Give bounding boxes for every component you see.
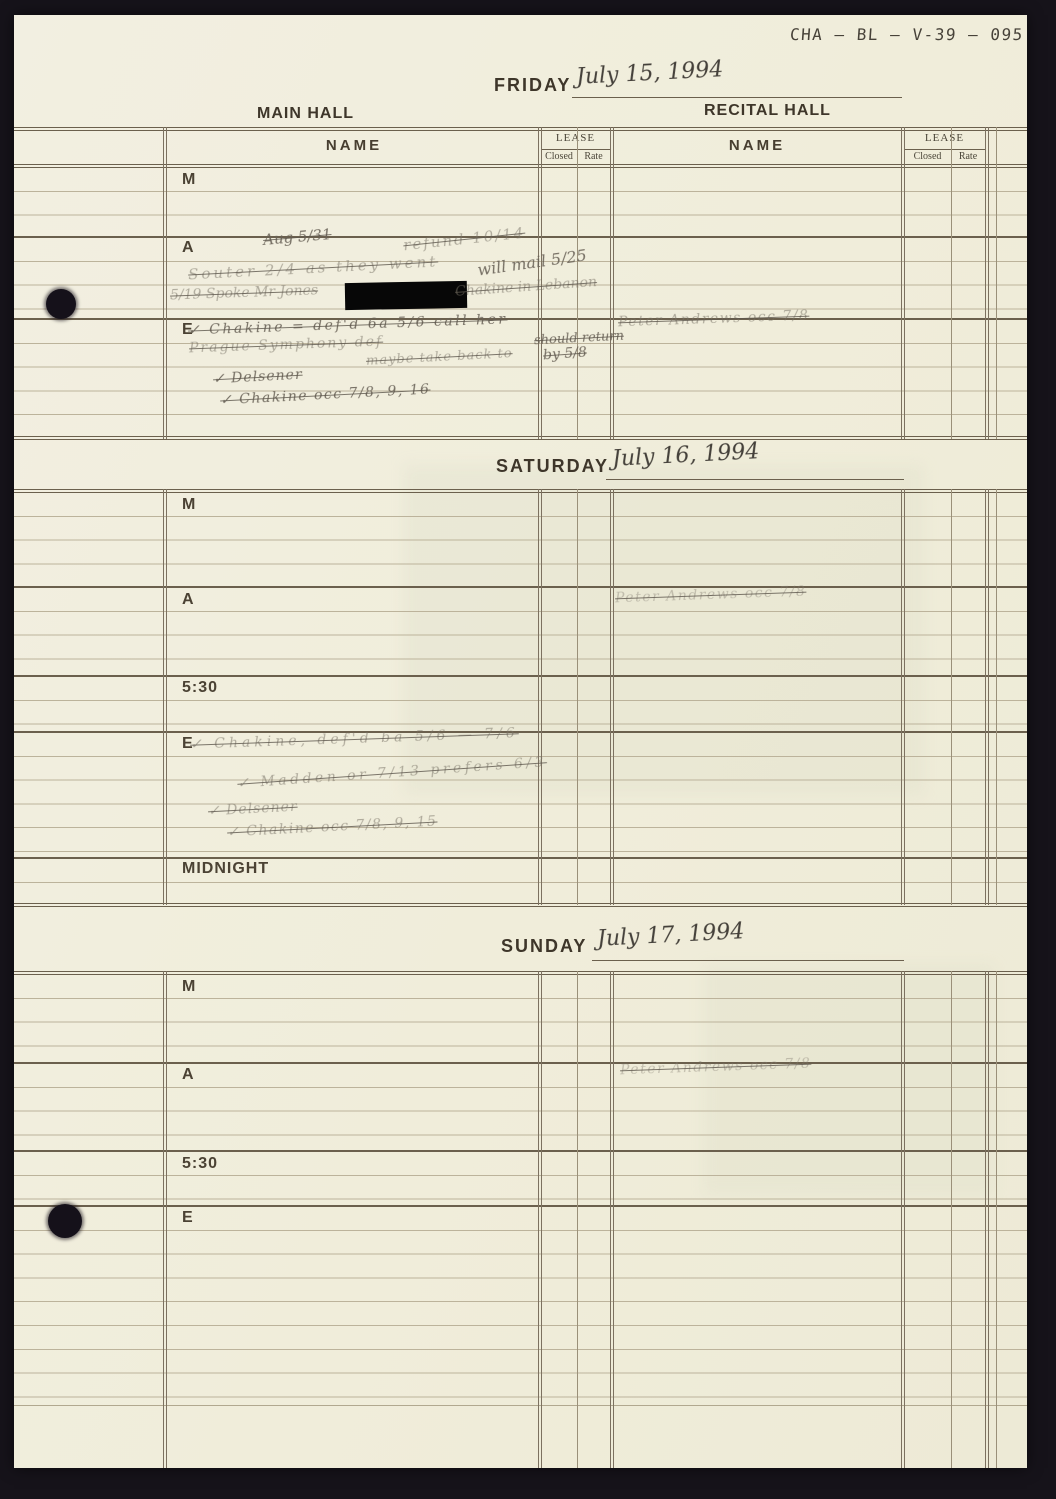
punch-hole [46,289,76,319]
archive-label: CHA — BL — V-39 — 095 [789,25,1024,44]
redaction-box [345,281,467,310]
grid-vline [951,127,952,439]
recital-hall-label: RECITAL HALL [704,102,831,120]
grid-vline [163,489,167,905]
handwritten-entry: by 5/8 [542,344,587,363]
grid-vline [901,971,905,1468]
ledger-page: CHA — BL — V-39 — 095 FRIDAY July 15, 19… [14,15,1027,1468]
date-rule [592,960,904,961]
grid-vline [538,489,542,905]
sunday-time-m: M [182,978,196,996]
grid-vline [985,489,989,905]
grid-vline [996,971,997,1468]
friday-time-m: M [182,171,196,189]
recital-closed-header: Closed [904,151,951,162]
sunday-title: SUNDAY [501,936,587,957]
recital-lease-header: LEASE [904,132,985,144]
lease-divider-rule [904,149,985,150]
grid-vline [577,971,578,1468]
saturday-time-a: A [182,591,195,609]
grid-vline [996,127,997,439]
grid-vline [996,489,997,905]
recital-rate-header: Rate [951,151,985,162]
sunday-time-a: A [182,1066,195,1084]
saturday-time-midnight: MIDNIGHT [182,860,269,878]
main-hall-label: MAIN HALL [257,105,354,123]
saturday-time-530: 5:30 [182,679,218,697]
sunday-time-e: E [182,1209,194,1227]
date-rule [572,97,902,98]
sunday-date-handwritten: July 17, 1994 [596,919,745,952]
main-name-header: NAME [294,137,414,154]
grid-vline [610,127,614,439]
friday-time-a: A [182,239,195,257]
grid-vline [901,127,905,439]
recital-name-header: NAME [697,137,817,154]
grid-vline [951,489,952,905]
main-rate-header: Rate [577,151,610,162]
grid-vline [901,489,905,905]
grid-vline [610,971,614,1468]
punch-hole [48,1204,82,1238]
friday-date-handwritten: July 15, 1994 [575,57,724,90]
main-closed-header: Closed [541,151,577,162]
saturday-title: SATURDAY [496,456,609,477]
lease-divider-rule [541,149,610,150]
grid-vline [951,971,952,1468]
date-rule [606,479,904,480]
main-lease-header: LEASE [541,132,610,144]
grid-vline [163,127,167,439]
grid-vline [538,971,542,1468]
grid-vline [163,971,167,1468]
friday-title: FRIDAY [494,75,571,96]
grid-vline [985,971,989,1468]
grid-vline [610,489,614,905]
grid-vline [577,489,578,905]
grid-vline [985,127,989,439]
saturday-time-m: M [182,496,196,514]
sunday-time-530: 5:30 [182,1155,218,1173]
